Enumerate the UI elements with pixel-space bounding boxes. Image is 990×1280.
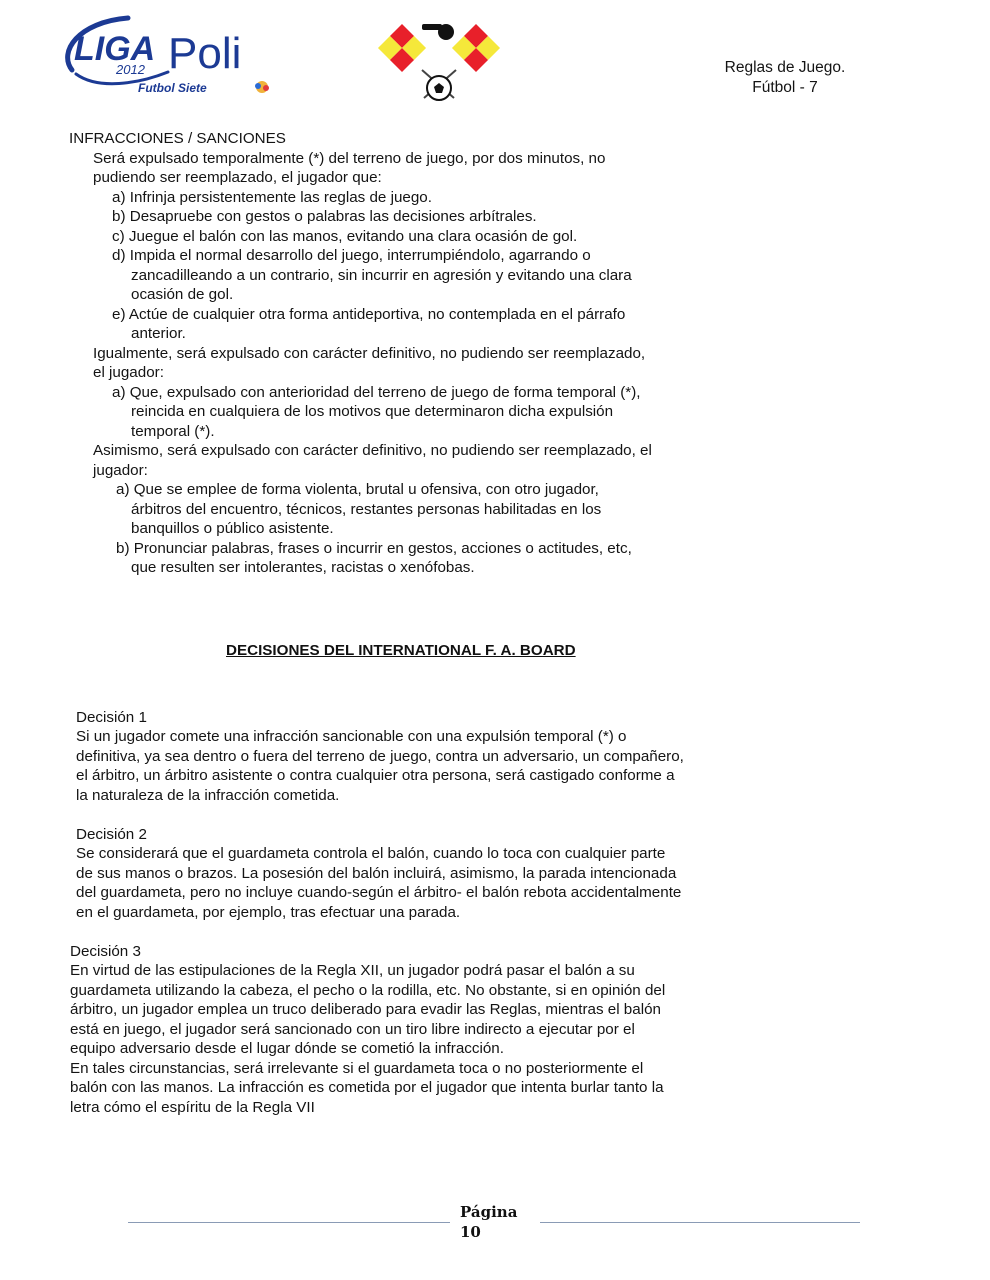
list-item-continuation: temporal (*). <box>131 422 215 442</box>
list-item-continuation: banquillos o público asistente. <box>131 519 334 539</box>
paragraph-line: Asimismo, será expulsado con carácter de… <box>93 441 652 461</box>
liga-poli-logo-icon: LIGA Poli 2012 Futbol Siete <box>58 12 283 98</box>
list-item: a) Infrinja persistentemente las reglas … <box>112 188 432 208</box>
section-title-infracciones: INFRACCIONES / SANCIONES <box>69 129 286 149</box>
list-item-continuation: que resulten ser intolerantes, racistas … <box>131 558 475 578</box>
paragraph-line: de sus manos o brazos. La posesión del b… <box>76 864 676 884</box>
paragraph-line: equipo adversario desde el lugar dónde s… <box>70 1039 504 1059</box>
list-item: b) Desapruebe con gestos o palabras las … <box>112 207 537 227</box>
page-label: Página <box>460 1202 517 1222</box>
footer-rule-right <box>540 1222 860 1223</box>
list-item-continuation: anterior. <box>131 324 186 344</box>
list-item: b) Pronunciar palabras, frases o incurri… <box>116 539 632 559</box>
list-item: c) Juegue el balón con las manos, evitan… <box>112 227 577 247</box>
paragraph-line: balón con las manos. La infracción es co… <box>70 1078 664 1098</box>
list-item-continuation: árbitros del encuentro, técnicos, restan… <box>131 500 601 520</box>
decision-1-title: Decisión 1 <box>76 708 147 728</box>
paragraph-line: jugador: <box>93 461 148 481</box>
list-item: a) Que se emplee de forma violenta, brut… <box>116 480 599 500</box>
paragraph-line: en el guardameta, por ejemplo, tras efec… <box>76 903 460 923</box>
decision-3-title: Decisión 3 <box>70 942 141 962</box>
list-item-continuation: zancadilleando a un contrario, sin incur… <box>131 266 632 286</box>
svg-text:Poli: Poli <box>168 29 241 78</box>
list-item: a) Que, expulsado con anterioridad del t… <box>112 383 641 403</box>
paragraph-line: Igualmente, será expulsado con carácter … <box>93 344 645 364</box>
referee-flags-logo <box>374 18 504 104</box>
paragraph-line: la naturaleza de la infracción cometida. <box>76 786 339 806</box>
paragraph-line: En virtud de las estipulaciones de la Re… <box>70 961 635 981</box>
paragraph-line: el jugador: <box>93 363 164 383</box>
paragraph-line: guardameta utilizando la cabeza, el pech… <box>70 981 665 1001</box>
list-item: d) Impida el normal desarrollo del juego… <box>112 246 591 266</box>
paragraph-line: letra cómo el espíritu de la Regla VII <box>70 1098 315 1118</box>
paragraph-line: En tales circunstancias, será irrelevant… <box>70 1059 643 1079</box>
svg-text:Futbol Siete: Futbol Siete <box>138 81 207 95</box>
section-title-decisiones: DECISIONES DEL INTERNATIONAL F. A. BOARD <box>226 641 576 660</box>
header-title-line2: Fútbol - 7 <box>700 78 870 98</box>
liga-poli-logo: LIGA Poli 2012 Futbol Siete <box>58 12 283 98</box>
list-item-continuation: ocasión de gol. <box>131 285 233 305</box>
footer-rule-left <box>128 1222 450 1223</box>
list-item-continuation: reincida en cualquiera de los motivos qu… <box>131 402 613 422</box>
paragraph-line: pudiendo ser reemplazado, el jugador que… <box>93 168 382 188</box>
referee-flags-whistle-ball-icon <box>374 18 504 104</box>
paragraph-line: Se considerará que el guardameta control… <box>76 844 665 864</box>
paragraph-line: Será expulsado temporalmente (*) del ter… <box>93 149 605 169</box>
list-item: e) Actúe de cualquier otra forma antidep… <box>112 305 625 325</box>
paragraph-line: árbitro, un jugador emplea un truco deli… <box>70 1000 661 1020</box>
paragraph-line: Si un jugador comete una infracción sanc… <box>76 727 626 747</box>
page-number: Página 10 <box>460 1202 517 1242</box>
svg-text:2012: 2012 <box>115 62 146 77</box>
paragraph-line: definitiva, ya sea dentro o fuera del te… <box>76 747 684 767</box>
paragraph-line: del guardameta, pero no incluye cuando-s… <box>76 883 681 903</box>
paragraph-line: el árbitro, un árbitro asistente o contr… <box>76 766 675 786</box>
header-title-line1: Reglas de Juego. <box>700 58 870 78</box>
document-header-title: Reglas de Juego. Fútbol - 7 <box>700 58 870 98</box>
page-number-value: 10 <box>460 1222 517 1242</box>
paragraph-line: está en juego, el jugador será sancionad… <box>70 1020 635 1040</box>
decision-2-title: Decisión 2 <box>76 825 147 845</box>
